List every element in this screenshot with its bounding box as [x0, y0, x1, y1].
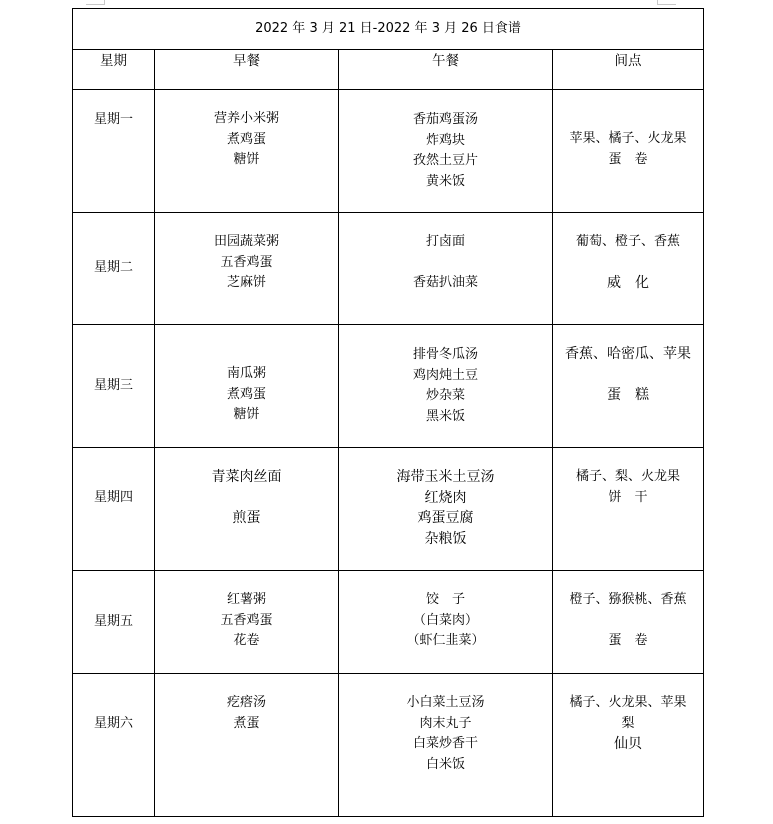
menu-item: 五香鸡蛋	[155, 611, 338, 632]
page-corner-mark-left	[86, 0, 105, 5]
menu-item	[339, 253, 552, 274]
breakfast-cell: 南瓜粥 煮鸡蛋 糖饼	[155, 325, 339, 448]
lunch-cell: 饺 子 （白菜肉） （虾仁韭菜）	[339, 571, 553, 674]
menu-item	[553, 253, 703, 274]
menu-item	[553, 611, 703, 632]
lunch-cell: 打卤面 香菇扒油菜	[339, 213, 553, 325]
table-row-monday: 星期一 营养小米粥 煮鸡蛋 糖饼 香茄鸡蛋汤 炸鸡块 孜然土豆片 黄米饭 苹果、…	[73, 90, 704, 213]
breakfast-cell: 疙瘩汤 煮蛋	[155, 674, 339, 817]
snack-cell: 苹果、橘子、火龙果 蛋 卷	[553, 90, 704, 213]
menu-item: 蛋 糕	[553, 385, 703, 406]
menu-item: 肉末丸子	[339, 714, 552, 735]
menu-item: 饼 干	[553, 488, 703, 509]
menu-item: 白菜炒香干	[339, 734, 552, 755]
menu-item: 红烧肉	[339, 488, 552, 509]
menu-item: 南瓜粥	[155, 364, 338, 385]
day-cell: 星期六	[73, 674, 155, 817]
menu-item: 疙瘩汤	[155, 693, 338, 714]
menu-item: 糖饼	[155, 150, 338, 171]
menu-item: 橘子、梨、火龙果	[553, 467, 703, 488]
menu-item: 青菜肉丝面	[155, 467, 338, 488]
menu-item: 五香鸡蛋	[155, 253, 338, 274]
menu-item	[155, 488, 338, 509]
day-cell: 星期二	[73, 213, 155, 325]
breakfast-cell: 红薯粥 五香鸡蛋 花卷	[155, 571, 339, 674]
menu-item: 红薯粥	[155, 590, 338, 611]
snack-cell: 橘子、梨、火龙果 饼 干	[553, 448, 704, 571]
lunch-cell: 海带玉米土豆汤 红烧肉 鸡蛋豆腐 杂粮饭	[339, 448, 553, 571]
breakfast-cell: 青菜肉丝面 煎蛋	[155, 448, 339, 571]
header-breakfast: 早餐	[155, 50, 339, 90]
menu-item: 苹果、橘子、火龙果	[553, 129, 703, 150]
menu-title: 2022 年 3 月 21 日-2022 年 3 月 26 日食谱	[73, 9, 704, 50]
menu-item: （虾仁韭菜）	[339, 631, 552, 652]
menu-item: 孜然土豆片	[339, 151, 552, 172]
menu-item: 香茄鸡蛋汤	[339, 110, 552, 131]
breakfast-cell: 营养小米粥 煮鸡蛋 糖饼	[155, 90, 339, 213]
menu-item: 田园蔬菜粥	[155, 232, 338, 253]
menu-item: 蛋 卷	[553, 150, 703, 171]
page-corner-mark-right	[657, 0, 676, 5]
snack-cell: 橙子、猕猴桃、香蕉 蛋 卷	[553, 571, 704, 674]
menu-item: 香菇扒油菜	[339, 273, 552, 294]
snack-cell: 橘子、火龙果、苹果 梨 仙贝	[553, 674, 704, 817]
menu-item: 煎蛋	[155, 508, 338, 529]
menu-item: 打卤面	[339, 232, 552, 253]
menu-item: 威 化	[553, 273, 703, 294]
snack-cell: 香蕉、哈密瓜、苹果 蛋 糕	[553, 325, 704, 448]
weekly-menu-table: 2022 年 3 月 21 日-2022 年 3 月 26 日食谱 星期 早餐 …	[72, 8, 704, 817]
breakfast-cell: 田园蔬菜粥 五香鸡蛋 芝麻饼	[155, 213, 339, 325]
table-row-friday: 星期五 红薯粥 五香鸡蛋 花卷 饺 子 （白菜肉） （虾仁韭菜） 橙子、猕猴桃、…	[73, 571, 704, 674]
menu-item: 营养小米粥	[155, 109, 338, 130]
menu-item: 芝麻饼	[155, 273, 338, 294]
menu-item: （白菜肉）	[339, 611, 552, 632]
menu-item: 黄米饭	[339, 172, 552, 193]
menu-item: 梨	[553, 714, 703, 735]
menu-item: 花卷	[155, 631, 338, 652]
menu-item: 煮蛋	[155, 714, 338, 735]
menu-item: 黑米饭	[339, 407, 552, 428]
menu-item: 鸡蛋豆腐	[339, 508, 552, 529]
table-row-wednesday: 星期三 南瓜粥 煮鸡蛋 糖饼 排骨冬瓜汤 鸡肉炖土豆 炒杂菜 黑米饭 香蕉、哈密…	[73, 325, 704, 448]
header-day: 星期	[73, 50, 155, 90]
menu-item: 炒杂菜	[339, 386, 552, 407]
menu-item: 煮鸡蛋	[155, 385, 338, 406]
menu-item: 蛋 卷	[553, 631, 703, 652]
menu-item: 炸鸡块	[339, 131, 552, 152]
menu-item: 香蕉、哈密瓜、苹果	[553, 344, 703, 365]
header-snack: 间点	[553, 50, 704, 90]
menu-item: 鸡肉炖土豆	[339, 366, 552, 387]
menu-item: 海带玉米土豆汤	[339, 467, 552, 488]
snack-cell: 葡萄、橙子、香蕉 威 化	[553, 213, 704, 325]
table-row-thursday: 星期四 青菜肉丝面 煎蛋 海带玉米土豆汤 红烧肉 鸡蛋豆腐 杂粮饭 橘子、梨、火…	[73, 448, 704, 571]
day-cell: 星期一	[73, 90, 155, 213]
menu-item: 排骨冬瓜汤	[339, 345, 552, 366]
menu-item: 糖饼	[155, 405, 338, 426]
menu-item: 饺 子	[339, 590, 552, 611]
header-row: 星期 早餐 午餐 间点	[73, 50, 704, 90]
menu-item: 橙子、猕猴桃、香蕉	[553, 590, 703, 611]
menu-item: 杂粮饭	[339, 529, 552, 550]
menu-item: 葡萄、橙子、香蕉	[553, 232, 703, 253]
header-lunch: 午餐	[339, 50, 553, 90]
lunch-cell: 香茄鸡蛋汤 炸鸡块 孜然土豆片 黄米饭	[339, 90, 553, 213]
lunch-cell: 小白菜土豆汤 肉末丸子 白菜炒香干 白米饭	[339, 674, 553, 817]
menu-item: 小白菜土豆汤	[339, 693, 552, 714]
menu-item: 白米饭	[339, 755, 552, 776]
day-cell: 星期四	[73, 448, 155, 571]
day-cell: 星期三	[73, 325, 155, 448]
day-cell: 星期五	[73, 571, 155, 674]
menu-item: 橘子、火龙果、苹果	[553, 693, 703, 714]
table-row-tuesday: 星期二 田园蔬菜粥 五香鸡蛋 芝麻饼 打卤面 香菇扒油菜 葡萄、橙子、香蕉 威 …	[73, 213, 704, 325]
table-row-saturday: 星期六 疙瘩汤 煮蛋 小白菜土豆汤 肉末丸子 白菜炒香干 白米饭 橘子、火龙果、…	[73, 674, 704, 817]
menu-item: 仙贝	[553, 734, 703, 755]
lunch-cell: 排骨冬瓜汤 鸡肉炖土豆 炒杂菜 黑米饭	[339, 325, 553, 448]
menu-item: 煮鸡蛋	[155, 130, 338, 151]
menu-item	[553, 365, 703, 386]
